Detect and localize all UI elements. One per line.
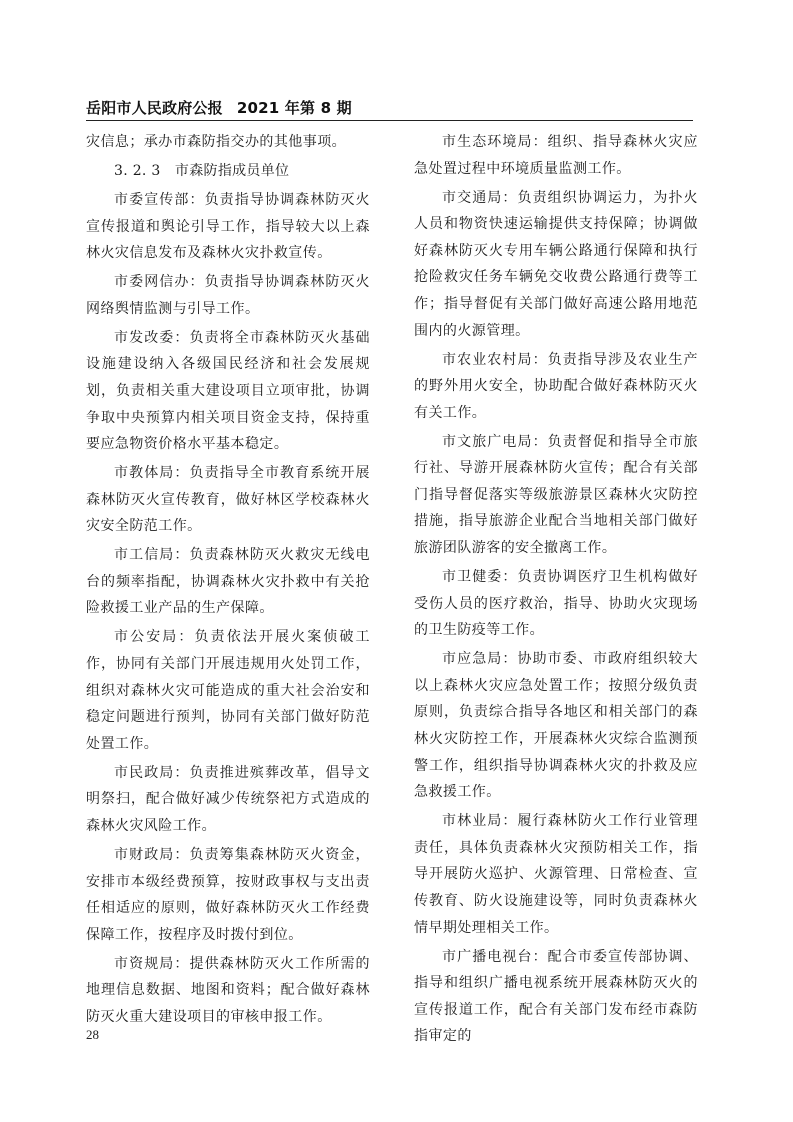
paragraph-natural-resources: 市资规局：提供森林防灭火工作所需的地理信息数据、地图和资料；配合做好森林防灭火重… xyxy=(86,951,370,1031)
right-column: 市生态环境局：组织、指导森林火灾应急处置过程中环境质量监测工作。 市交通局：负责… xyxy=(414,129,698,1052)
paragraph-emergency-management: 市应急局：协助市委、市政府组织较大以上森林火灾应急处置工作；按照分级负责原则，负… xyxy=(414,646,698,806)
paragraph-finance: 市财政局：负责筹集森林防灭火资金，安排市本级经费预算，按财政事权与支出责任相适应… xyxy=(86,842,370,948)
paragraph-education-sports: 市教体局：负责指导全市教育系统开展森林防灭火宣传教育，做好林区学校森林火灾安全防… xyxy=(86,460,370,540)
issue-number: 2021 年第 8 期 xyxy=(237,99,352,117)
paragraph-ecology-environment: 市生态环境局：组织、指导森林火灾应急处置过程中环境质量监测工作。 xyxy=(414,129,698,182)
paragraph-civil-affairs: 市民政局：负责推进殡葬改革，倡导文明祭扫，配合做好减少传统祭祀方式造成的森林火灾… xyxy=(86,760,370,840)
continuation-text: 灾信息；承办市森防指交办的其他事项。 xyxy=(86,129,370,156)
section-subheading: 3. 2. 3 市森防指成员单位 xyxy=(86,158,370,185)
paragraph-health-commission: 市卫健委：负责协调医疗卫生机构做好受伤人员的医疗救治，指导、协助火灾现场的卫生防… xyxy=(414,564,698,644)
paragraph-forestry: 市林业局：履行森林防火工作行业管理责任，具体负责森林火灾预防相关工作，指导开展防… xyxy=(414,808,698,941)
publication-title: 岳阳市人民政府公报 xyxy=(86,99,223,117)
paragraph-culture-tourism: 市文旅广电局：负责督促和指导全市旅行社、导游开展森林防火宣传；配合有关部门指导督… xyxy=(414,429,698,562)
paragraph-transport: 市交通局：负责组织协调运力，为扑火人员和物资快速运输提供支持保障；协调做好森林防… xyxy=(414,185,698,345)
running-header: 岳阳市人民政府公报2021 年第 8 期 xyxy=(86,97,693,119)
paragraph-broadcasting: 市广播电视台：配合市委宣传部协调、指导和组织广播电视系统开展森林防灭火的宣传报道… xyxy=(414,944,698,1050)
paragraph-agriculture-rural: 市农业农村局：负责指导涉及农业生产的野外用火安全，协助配合做好森林防灭火有关工作… xyxy=(414,347,698,427)
paragraph-public-security: 市公安局：负责依法开展火案侦破工作，协同有关部门开展违规用火处罚工作，组织对森林… xyxy=(86,624,370,757)
page-number: 28 xyxy=(86,1027,99,1043)
header-divider xyxy=(86,120,693,121)
paragraph-industry-it: 市工信局：负责森林防灭火救灾无线电台的频率指配，协调森林火灾扑救中有关抢险救援工… xyxy=(86,542,370,622)
paragraph-propaganda-dept: 市委宣传部：负责指导协调森林防灭火宣传报道和舆论引导工作，指导较大以上森林火灾信… xyxy=(86,187,370,267)
paragraph-development-reform: 市发改委：负责将全市森林防灭火基础设施建设纳入各级国民经济和社会发展规划，负责相… xyxy=(86,325,370,458)
paragraph-cyberspace-office: 市委网信办：负责指导协调森林防灭火网络舆情监测与引导工作。 xyxy=(86,269,370,322)
left-column: 灾信息；承办市森防指交办的其他事项。 3. 2. 3 市森防指成员单位 市委宣传… xyxy=(86,129,370,1033)
